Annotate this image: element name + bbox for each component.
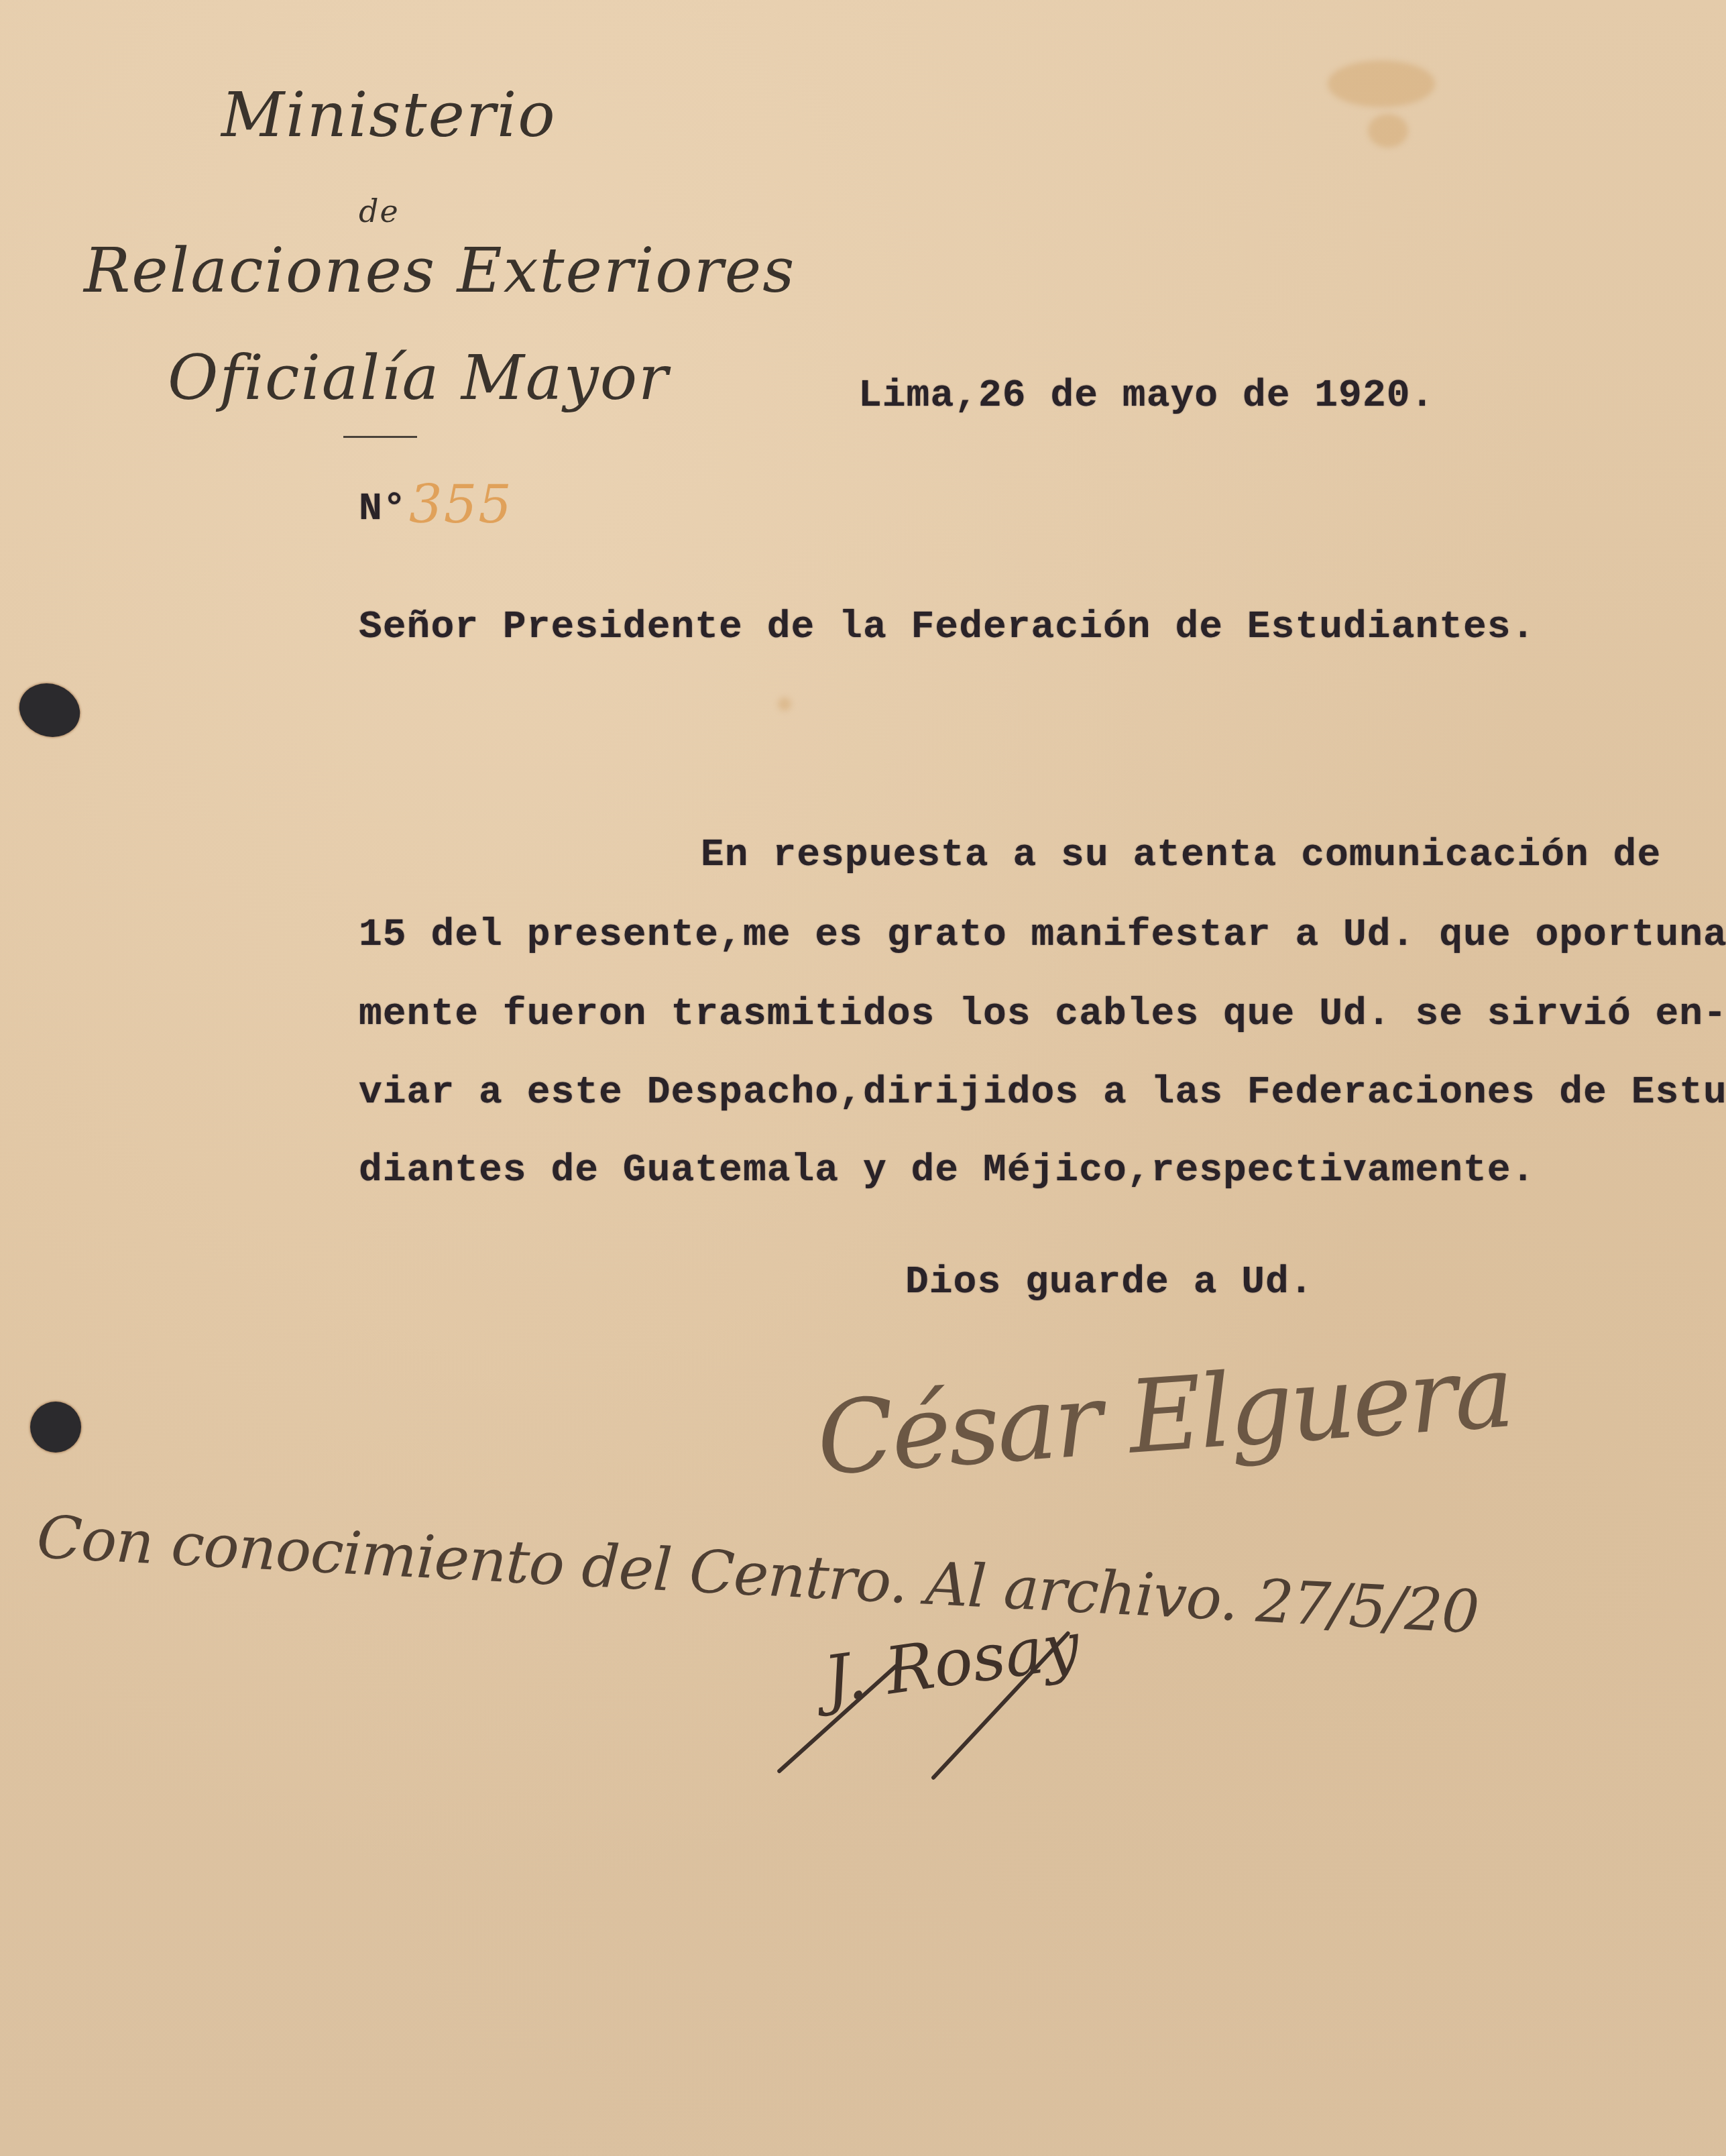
place-date: Lima,26 de mayo de 1920. [858, 374, 1434, 418]
signature: César Elguera [813, 1333, 1515, 1498]
letterhead-ministerio: Ministerio [221, 79, 557, 151]
letterhead-divider [343, 436, 417, 438]
closing-formula: Dios guarde a Ud. [905, 1261, 1314, 1304]
body-line: viar a este Despacho,dirijidos a las Fed… [359, 1071, 1726, 1115]
letterhead-relaciones-exteriores: Relaciones Exteriores [84, 235, 795, 306]
document-number-value: 355 [409, 475, 513, 535]
punch-hole-bottom [30, 1402, 81, 1453]
body-line: diantes de Guatemala y de Méjico,respect… [359, 1149, 1535, 1192]
letterhead-oficialia-mayor: Oficialía Mayor [168, 342, 669, 414]
handwritten-annotation: Con conocimiento del Centro. Al archivo.… [35, 1502, 1480, 1647]
paper-stain [778, 697, 791, 711]
addressee: Señor Presidente de la Federación de Est… [359, 606, 1535, 649]
document-number-label: N° [359, 488, 407, 531]
letterhead-de: de [359, 193, 400, 229]
paper-stain [1328, 60, 1435, 107]
body-line: 15 del presente,me es grato manifestar a… [359, 913, 1726, 957]
body-line: mente fueron trasmitidos los cables que … [359, 992, 1726, 1036]
punch-hole-top [11, 675, 87, 746]
body-line: En respuesta a su atenta comunicación de [701, 834, 1661, 877]
paper-stain [1368, 114, 1408, 148]
